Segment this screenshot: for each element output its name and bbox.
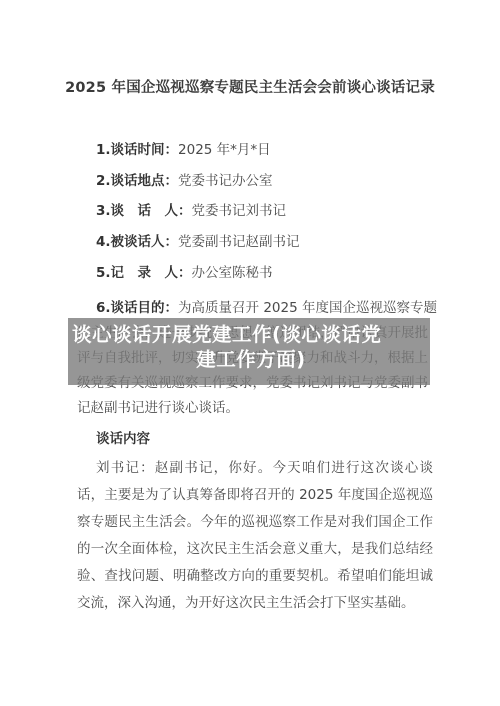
info-item-recorder: 5.记 录 人：办公室陈秘书 bbox=[96, 264, 273, 282]
info-item-interviewee: 4.被谈话人：党委副书记赵副书记 bbox=[96, 233, 300, 251]
overlay-title-line2: 建工作方面) bbox=[72, 347, 430, 372]
info-item-location: 2.谈话地点：党委书记办公室 bbox=[96, 172, 273, 190]
info-value: 党委副书记赵副书记 bbox=[178, 234, 300, 250]
info-label: 1.谈话时间： bbox=[96, 142, 178, 158]
overlay-title: 谈心谈话开展党建工作(谈心谈话党 建工作方面) bbox=[72, 322, 430, 372]
overlay-title-line1: 谈心谈话开展党建工作(谈心谈话党 bbox=[72, 322, 430, 347]
info-value: 2025 年*月*日 bbox=[178, 142, 271, 158]
info-label: 4.被谈话人： bbox=[96, 234, 178, 250]
info-label: 5.记 录 人： bbox=[96, 265, 192, 281]
document-title: 2025 年国企巡视巡察专题民主生活会会前谈心谈话记录 bbox=[0, 76, 500, 97]
info-value: 党委书记办公室 bbox=[178, 173, 273, 189]
info-value: 党委书记刘书记 bbox=[192, 203, 287, 219]
info-label: 3.谈 话 人： bbox=[96, 203, 192, 219]
info-label: 2.谈话地点： bbox=[96, 173, 178, 189]
section-heading: 谈话内容 bbox=[96, 427, 150, 447]
info-item-interviewer: 3.谈 话 人：党委书记刘书记 bbox=[96, 202, 286, 220]
purpose-label: 6.谈话目的： bbox=[96, 300, 178, 316]
info-item-time: 1.谈话时间：2025 年*月*日 bbox=[96, 141, 271, 159]
info-value: 办公室陈秘书 bbox=[192, 265, 273, 281]
conversation-body: 刘书记：赵副书记，你好。今天咱们进行这次谈心谈话，主要是为了认真筹备即将召开的 … bbox=[77, 455, 433, 617]
